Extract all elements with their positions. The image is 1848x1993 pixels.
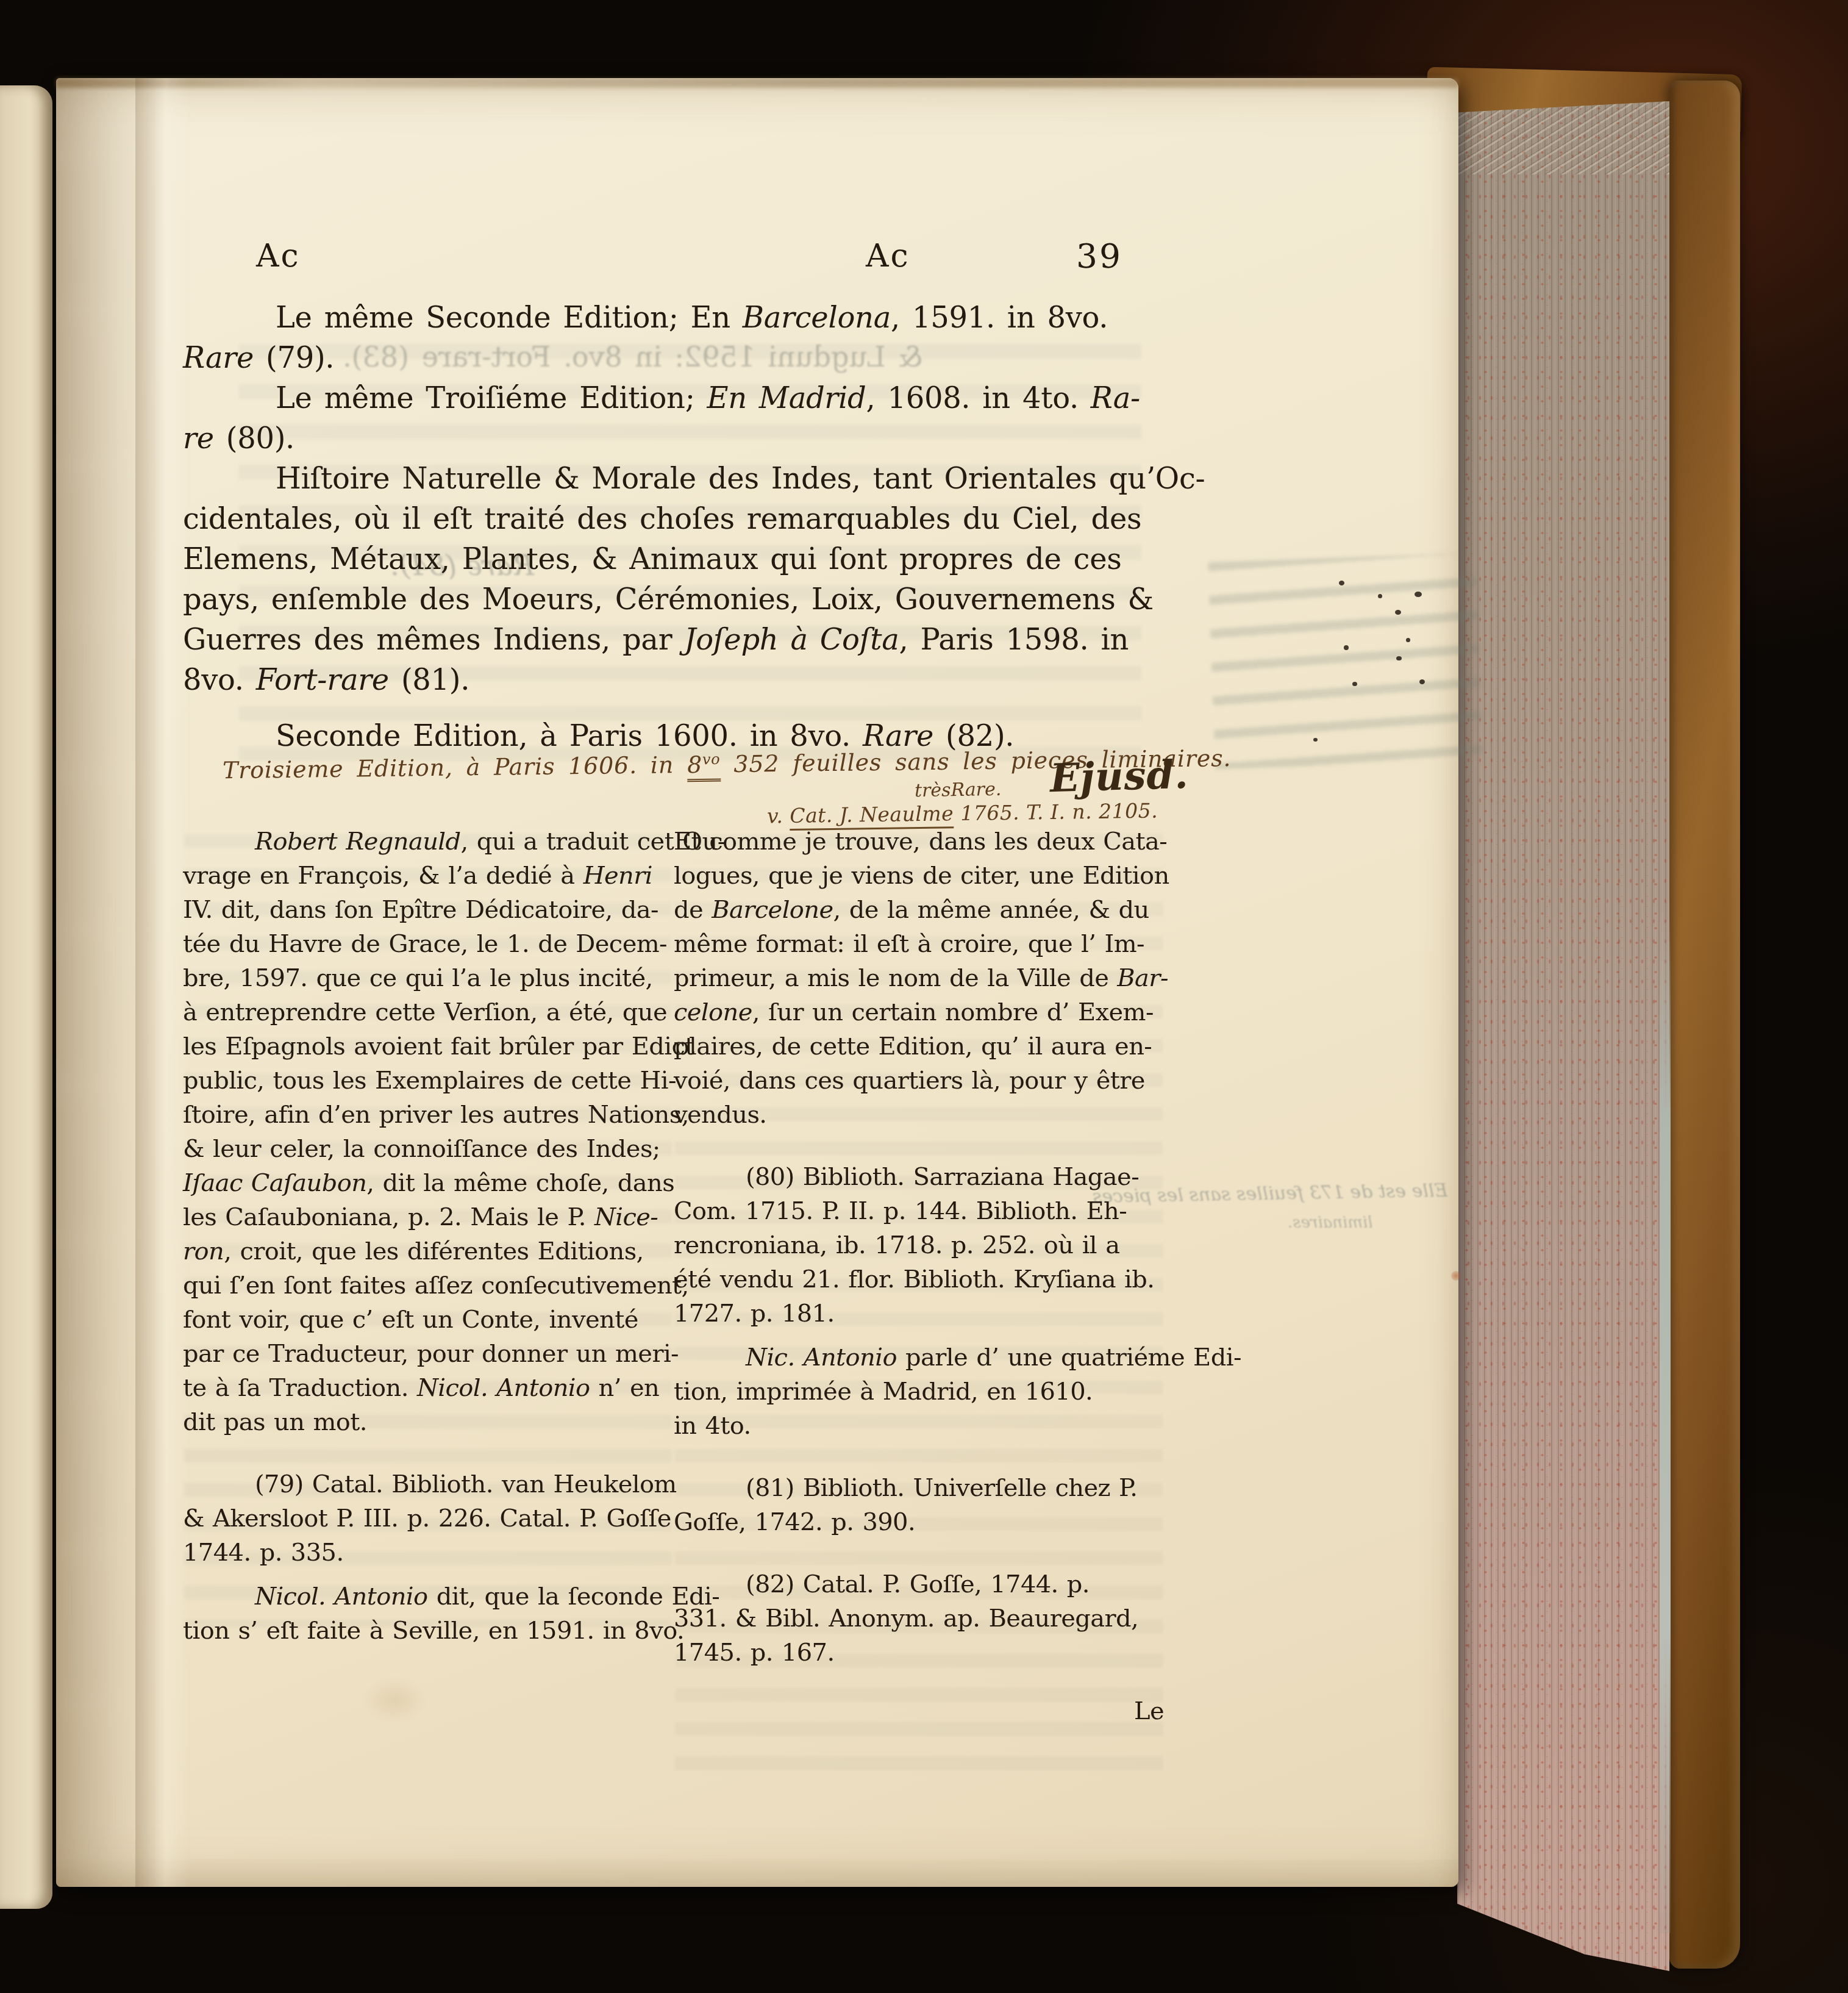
- text-line: Rare (79).: [183, 338, 1183, 378]
- facing-page-sliver: [0, 85, 52, 1909]
- ink-speck: [1419, 679, 1425, 684]
- text-line: dit pas un mot.: [183, 1405, 676, 1439]
- left-column: Robert Regnauld, qui a traduit cet Ou-vr…: [183, 825, 676, 1648]
- text-line: 8vo. Fort-rare (81).: [183, 660, 1183, 700]
- annotation-format: 8vo: [687, 751, 721, 782]
- text-line: ron, croit, que les diférentes Editions,: [183, 1234, 676, 1268]
- annotation-ejusdem: Ejusd.: [1049, 752, 1190, 801]
- fore-edge-red-speckles: [1457, 101, 1669, 1971]
- ink-speck: [1352, 682, 1357, 686]
- gutter-fold-shading: [135, 78, 190, 1887]
- text-line: Le: [674, 1694, 1166, 1728]
- annotation-rarity-note: trèsRare.: [915, 779, 1002, 801]
- annotation-format-number: 8: [687, 751, 703, 778]
- running-head-center: Ac: [866, 238, 910, 274]
- text-line: cidentales, où il eſt traité des choſes …: [183, 499, 1183, 539]
- text-line: vrage en François, & l’a dedié à Henri: [183, 859, 676, 893]
- text-line: même format: il eſt à croire, que l’ Im-: [674, 927, 1166, 961]
- text-line: in 4to.: [674, 1409, 1166, 1443]
- running-head-left: Ac: [256, 238, 301, 274]
- text-line: Com. 1715. P. II. p. 144. Biblioth. Eh-: [674, 1194, 1166, 1228]
- text-line: été vendu 21. flor. Biblioth. Kryſiana i…: [674, 1262, 1166, 1297]
- text-line: logues, que je viens de citer, une Editi…: [674, 859, 1166, 893]
- fore-edge-head-corner-steps: [1457, 101, 1669, 174]
- ink-speck: [1344, 645, 1349, 650]
- text-line: Guerres des mêmes Indiens, par Joſeph à …: [183, 620, 1183, 660]
- text-line: 1745. p. 167.: [674, 1636, 1166, 1670]
- text-line: primeur, a mis le nom de la Ville de Bar…: [674, 961, 1166, 995]
- text-line: public, tous les Exemplaires de cette Hi…: [183, 1064, 676, 1098]
- text-line: bre, 1597. que ce qui l’a le plus incité…: [183, 961, 676, 995]
- right-column: Et comme je trouve, dans les deux Cata-l…: [674, 825, 1166, 1728]
- page-number: 39: [1076, 237, 1122, 276]
- book-photo-scene: & Lugduni 1592: in 8vo. Fort-rare (83). …: [0, 0, 1848, 1993]
- verso-handwriting-ghosting: [1208, 553, 1483, 769]
- book-fore-edge: [1457, 101, 1669, 1971]
- text-line: à entreprendre cette Verſion, a été, que: [183, 995, 676, 1029]
- text-line: tion, imprimée à Madrid, en 1610.: [674, 1375, 1166, 1409]
- text-line: Nic. Antonio parle d’ une quatriéme Edi-: [674, 1340, 1166, 1375]
- text-line: re (80).: [183, 418, 1183, 459]
- text-line: 331. & Bibl. Anonym. ap. Beauregard,: [674, 1601, 1166, 1636]
- text-line: rencroniana, ib. 1718. p. 252. où il a: [674, 1228, 1166, 1262]
- text-line: qui ſ’en ſont faites aſſez conſecutiveme…: [183, 1268, 676, 1303]
- ink-speck: [1396, 656, 1402, 660]
- text-line: te à ſa Traduction. Nicol. Antonio n’ en: [183, 1371, 676, 1405]
- intro-paragraphs: Le même Seconde Edition; En Barcelona, 1…: [183, 298, 1183, 756]
- text-line: Nicol. Antonio dit, que la ſeconde Edi-: [183, 1580, 676, 1614]
- text-line: 1744. p. 335.: [183, 1536, 676, 1570]
- ink-speck: [1378, 594, 1382, 598]
- ink-speck: [1395, 610, 1401, 615]
- ink-speck: [1415, 592, 1422, 597]
- annotation-text: Troisieme Edition, à Paris 1606. in: [223, 751, 687, 784]
- ink-speck: [1406, 638, 1410, 642]
- text-line: IV. dit, dans ſon Epître Dédicatoire, da…: [183, 893, 676, 927]
- text-line: ſtoire, afin d’en priver les autres Nati…: [183, 1098, 676, 1132]
- text-line: par ce Traducteur, pour donner un meri-: [183, 1337, 676, 1371]
- text-line: Le même Troiſiéme Edition; En Madrid, 16…: [183, 378, 1183, 418]
- text-line: les Eſpagnols avoient fait brûler par Ed…: [183, 1029, 676, 1064]
- text-line: plaires, de cette Edition, qu’ il aura e…: [674, 1029, 1166, 1064]
- text-line: Goſſe, 1742. p. 390.: [674, 1505, 1166, 1539]
- text-line: Hiſtoire Naturelle & Morale des Indes, t…: [183, 459, 1183, 499]
- paper-stain: [361, 1676, 428, 1725]
- text-line: Robert Regnauld, qui a traduit cet Ou-: [183, 825, 676, 859]
- text-line: (80) Biblioth. Sarraziana Hagae-: [674, 1160, 1166, 1194]
- text-line: pays, enſemble des Moeurs, Cérémonies, L…: [183, 579, 1183, 620]
- text-line: les Caſauboniana, p. 2. Mais le P. Nice-: [183, 1200, 676, 1234]
- text-line: 1727. p. 181.: [674, 1297, 1166, 1331]
- text-line: Elemens, Métaux, Plantes, & Animaux qui …: [183, 539, 1183, 579]
- leather-cover-right-board: [1669, 81, 1740, 1969]
- text-line: Le même Seconde Edition; En Barcelona, 1…: [183, 298, 1183, 338]
- text-line: tion s’ eſt faite à Seville, en 1591. in…: [183, 1614, 676, 1648]
- text-line: Iſaac Caſaubon, dit la même choſe, dans: [183, 1166, 676, 1200]
- text-line: (79) Catal. Biblioth. van Heukelom: [183, 1467, 676, 1501]
- book-page: & Lugduni 1592: in 8vo. Fort-rare (83). …: [56, 78, 1458, 1887]
- text-line: vendus.: [674, 1098, 1166, 1132]
- annotation-catalogue-reference: v. Cat. J. Neaulme 1765. T. I. n. 2105.: [767, 799, 1158, 828]
- text-line: & Akersloot P. III. p. 226. Catal. P. Go…: [183, 1501, 676, 1536]
- annotation-ref-detail: 1765. T. I. n. 2105.: [954, 799, 1158, 826]
- text-line: celone, ſur un certain nombre d’ Exem-: [674, 995, 1166, 1029]
- text-line: (81) Biblioth. Univerſelle chez P.: [674, 1471, 1166, 1505]
- text-line: (82) Catal. P. Goſſe, 1744. p.: [674, 1567, 1166, 1601]
- text-line: & leur celer, la connoiſſance des Indes;: [183, 1132, 676, 1166]
- page-block-edge-highlight: [1660, 915, 1671, 1933]
- text-line: tée du Havre de Grace, le 1. de Decem-: [183, 927, 676, 961]
- text-line: de Barcelone, de la même année, & du: [674, 893, 1166, 927]
- page-top-deckle-edge: [56, 78, 1458, 88]
- ink-speck: [1313, 738, 1318, 742]
- ink-speck: [1339, 581, 1344, 585]
- annotation-format-superscript: vo: [702, 751, 721, 768]
- bleedthrough-pencil-note: liminaires.: [1288, 1214, 1373, 1232]
- text-line: font voir, que c’ eſt un Conte, inventé: [183, 1303, 676, 1337]
- text-line: voié, dans ces quartiers là, pour y être: [674, 1064, 1166, 1098]
- text-line: Et comme je trouve, dans les deux Cata-: [674, 825, 1166, 859]
- rust-stain: [1451, 1271, 1461, 1281]
